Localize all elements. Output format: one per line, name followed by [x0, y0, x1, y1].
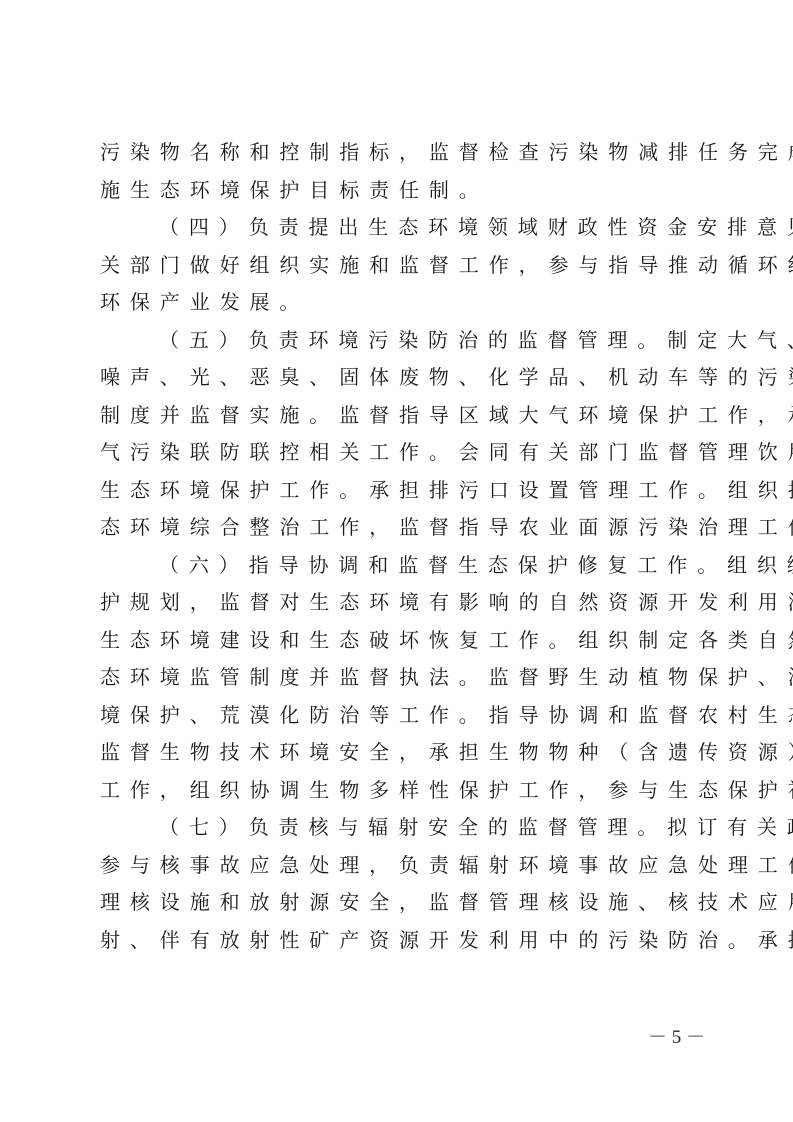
- paragraph-item-6-first-line: （六）指导协调和监督生态保护修复工作。组织编制生态保: [100, 547, 700, 585]
- text-line: 生态环境保护工作。承担排污口设置管理工作。组织指导城乡生: [100, 472, 700, 510]
- body-text: 污染物名称和控制指标，监督检查污染物减排任务完成情况，实 施生态环境保护目标责任…: [100, 134, 700, 959]
- text-line: 制度并监督实施。监督指导区域大气环境保护工作，承担区域大: [100, 397, 700, 435]
- paragraph-item-7-first-line: （七）负责核与辐射安全的监督管理。拟订有关政策、规划，: [100, 809, 700, 847]
- page-number: － 5 －: [648, 1022, 705, 1049]
- text-line: 态环境监管制度并监督执法。监督野生动植物保护、湿地生态环: [100, 659, 700, 697]
- text-line: 施生态环境保护目标责任制。: [100, 172, 700, 210]
- paragraph-item-5-first-line: （五）负责环境污染防治的监督管理。制定大气、水、土壤、: [100, 322, 700, 360]
- document-page: 污染物名称和控制指标，监督检查污染物减排任务完成情况，实 施生态环境保护目标责任…: [0, 0, 793, 1122]
- text-line: 环保产业发展。: [100, 284, 700, 322]
- text-line: 理核设施和放射源安全，监督管理核设施、核技术应用、电磁辐: [100, 884, 700, 922]
- text-line: 噪声、光、恶臭、固体废物、化学品、机动车等的污染防治管理: [100, 359, 700, 397]
- text-line: 境保护、荒漠化防治等工作。指导协调和监督农村生态环境保护，: [100, 697, 700, 735]
- text-line: 工作，组织协调生物多样性保护工作，参与生态保护补偿工作。: [100, 772, 700, 810]
- text-line: 护规划，监督对生态环境有影响的自然资源开发利用活动、重要: [100, 584, 700, 622]
- text-line: 气污染联防联控相关工作。会同有关部门监督管理饮用水水源地: [100, 434, 700, 472]
- text-line: 生态环境建设和生态破坏恢复工作。组织制定各类自然保护地生: [100, 622, 700, 660]
- text-line: 参与核事故应急处理，负责辐射环境事故应急处理工作。监督管: [100, 847, 700, 885]
- text-line: 关部门做好组织实施和监督工作，参与指导推动循环经济和生态: [100, 247, 700, 285]
- text-line: 污染物名称和控制指标，监督检查污染物减排任务完成情况，实: [100, 134, 700, 172]
- paragraph-item-4-first-line: （四）负责提出生态环境领域财政性资金安排意见，配合有: [100, 209, 700, 247]
- text-line: 监督生物技术环境安全，承担生物物种（含遗传资源）管理相关: [100, 734, 700, 772]
- text-line: 射、伴有放射性矿产资源开发利用中的污染防治。承担对核材料: [100, 922, 700, 960]
- text-line: 态环境综合整治工作，监督指导农业面源污染治理工作。: [100, 509, 700, 547]
